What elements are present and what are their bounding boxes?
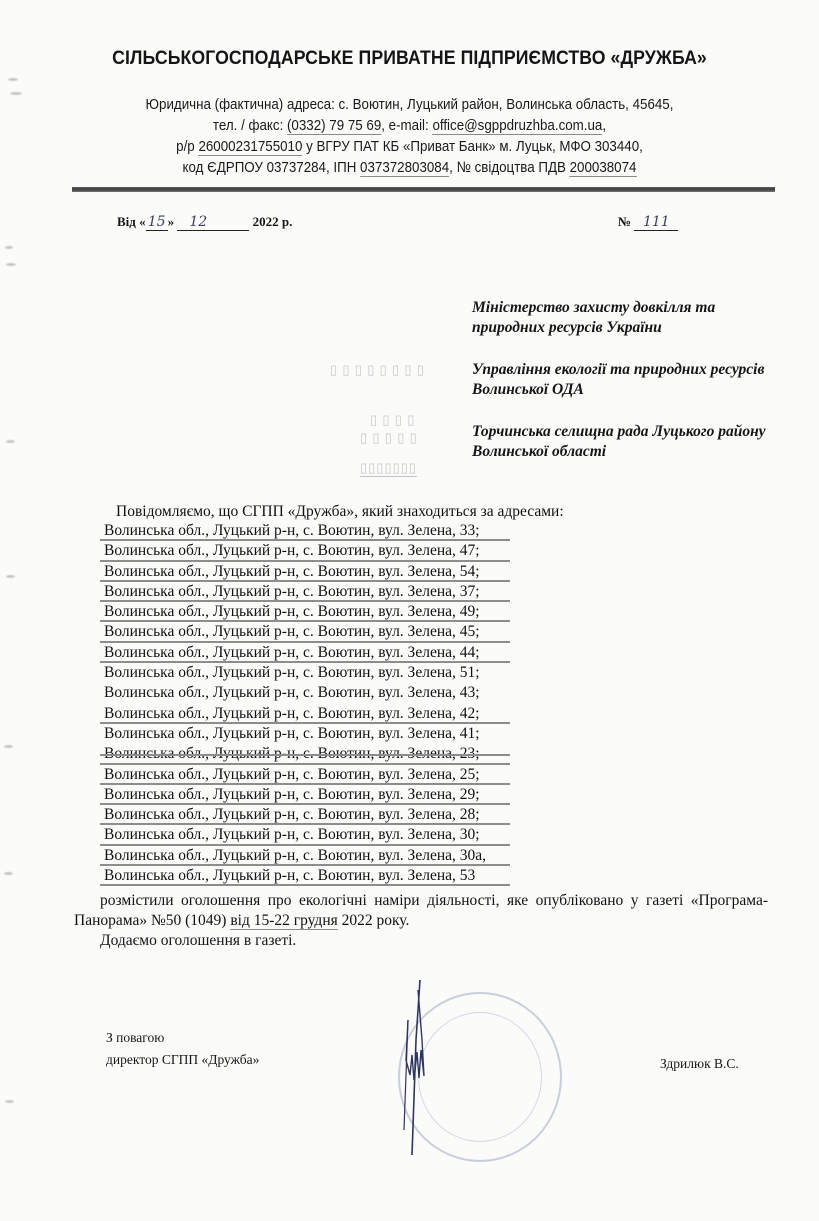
paragraph-text: розмістили оголошення про екологічні нам… [74, 892, 768, 929]
scan-speck [5, 246, 13, 249]
address-item: Волинська обл., Луцький р-н, с. Воютин, … [100, 582, 510, 602]
address-item: Волинська обл., Луцький р-н, с. Воютин, … [100, 805, 510, 825]
address-item: Волинська обл., Луцький р-н, с. Воютин, … [100, 785, 510, 805]
signer-name: Здрилюк В.С. [660, 1056, 739, 1072]
attachment-note: Додаємо оголошення в газеті. [100, 932, 296, 950]
scan-speck [6, 263, 16, 266]
company-details: Юридична (фактична) адреса: с. Воютин, Л… [45, 94, 774, 178]
address-item: Волинська обл., Луцький р-н, с. Воютин, … [100, 744, 510, 764]
bleed-through-text: ▯ ▯ ▯ ▯ [370, 412, 415, 428]
handwritten-signature [398, 980, 458, 1160]
address-item: Волинська обл., Луцький р-н, с. Воютин, … [100, 866, 510, 886]
bank-details: у ВГРУ ПАТ КБ «Приват Банк» м. Луцьк, МФ… [302, 138, 642, 155]
address-item: Волинська обл., Луцький р-н, с. Воютин, … [100, 683, 510, 703]
scan-speck [4, 872, 13, 875]
legal-address: Юридична (фактична) адреса: с. Воютин, Л… [45, 94, 774, 115]
signer-position: директор СГПП «Дружба» [106, 1049, 259, 1071]
bleed-through-text: ▯ ▯ ▯ ▯ ▯ ▯ ▯ ▯ [330, 362, 425, 378]
address-item: Волинська обл., Луцький р-н, с. Воютин, … [100, 825, 510, 845]
vat-number: 200038074 [570, 159, 637, 177]
scan-speck [6, 575, 15, 578]
recipient-village-council: Торчинська селищна рада Луцького району … [472, 422, 772, 462]
date-quote: » [168, 214, 175, 229]
number-label: № [618, 214, 631, 229]
date-month: 12 [177, 214, 249, 231]
email-label: , e-mail: [381, 117, 432, 134]
address-item: Волинська обл., Луцький р-н, с. Воютин, … [100, 622, 510, 642]
scan-speck [6, 440, 15, 443]
date-day: 15 [146, 214, 168, 231]
announcement-paragraph: розмістили оголошення про екологічні нам… [74, 891, 768, 931]
address-list: Волинська обл., Луцький р-н, с. Воютин, … [100, 521, 770, 886]
scan-speck [4, 745, 13, 748]
punctuation: , [602, 117, 606, 134]
letter-body: Повідомляємо, що СГПП «Дружба», який зна… [100, 502, 770, 886]
letter-page: СІЛЬСЬКОГОСПОДАРСЬКЕ ПРИВАТНЕ ПІДПРИЄМСТ… [0, 0, 819, 1221]
number-value: 111 [634, 214, 678, 231]
account-label: р/р [176, 138, 198, 155]
scan-speck [10, 92, 22, 95]
document-date: Від «15» 12 2022 р. [117, 214, 292, 231]
document-number: № 111 [618, 214, 678, 231]
intro-text: Повідомляємо, що СГПП «Дружба», який зна… [116, 502, 770, 521]
recipient-ministry: Міністерство захисту довкілля та природн… [472, 298, 772, 338]
address-item: Волинська обл., Луцький р-н, с. Воютин, … [100, 704, 510, 724]
paragraph-text-end: 2022 року. [338, 912, 410, 929]
bank-line: р/р 26000231755010 у ВГРУ ПАТ КБ «Приват… [45, 136, 774, 157]
scan-speck [5, 1100, 14, 1103]
ipn-number: 037372803084 [360, 159, 449, 177]
recipients-block: Міністерство захисту довкілля та природн… [472, 298, 772, 484]
recipient-regional-department: Управління екології та природних ресурсі… [472, 360, 772, 400]
vat-label: , № свідоцтва ПДВ [449, 159, 569, 176]
address-item: Волинська обл., Луцький р-н, с. Воютин, … [100, 541, 510, 561]
address-item: Волинська обл., Луцький р-н, с. Воютин, … [100, 765, 510, 785]
signature-block: З повагою директор СГПП «Дружба» [106, 1027, 259, 1071]
contact-line: тел. / факс: (0332) 79 75 69, e-mail: of… [45, 115, 774, 136]
email-link[interactable]: office@sgppdruzhba.com.ua [432, 117, 602, 135]
address-item: Волинська обл., Луцький р-н, с. Воютин, … [100, 663, 510, 683]
bleed-through-text: ▯▯▯▯▯▯▯ [360, 460, 417, 477]
closing-phrase: З повагою [106, 1027, 259, 1049]
address-item: Волинська обл., Луцький р-н, с. Воютин, … [100, 643, 510, 663]
address-item: Волинська обл., Луцький р-н, с. Воютин, … [100, 602, 510, 622]
date-year: 2022 р. [253, 214, 293, 229]
company-name: СІЛЬСЬКОГОСПОДАРСЬКЕ ПРИВАТНЕ ПІДПРИЄМСТ… [29, 48, 791, 70]
account-number: 26000231755010 [198, 138, 302, 156]
address-item: Волинська обл., Луцький р-н, с. Воютин, … [100, 521, 510, 541]
bleed-through-text: ▯ ▯ ▯ ▯ ▯ [360, 430, 418, 446]
publication-dates: від 15-22 грудня [230, 912, 337, 930]
phone-number: (0332) 79 75 69 [287, 117, 381, 135]
letterhead-divider [72, 187, 775, 192]
edrpou-code: код ЄДРПОУ 03737284, ІПН [183, 159, 361, 176]
address-item: Волинська обл., Луцький р-н, с. Воютин, … [100, 846, 510, 866]
address-item: Волинська обл., Луцький р-н, с. Воютин, … [100, 724, 510, 744]
codes-line: код ЄДРПОУ 03737284, ІПН 037372803084, №… [45, 157, 774, 178]
scan-speck [8, 78, 18, 81]
address-item: Волинська обл., Луцький р-н, с. Воютин, … [100, 562, 510, 582]
date-label: Від « [117, 214, 146, 229]
phone-label: тел. / факс: [213, 117, 287, 134]
